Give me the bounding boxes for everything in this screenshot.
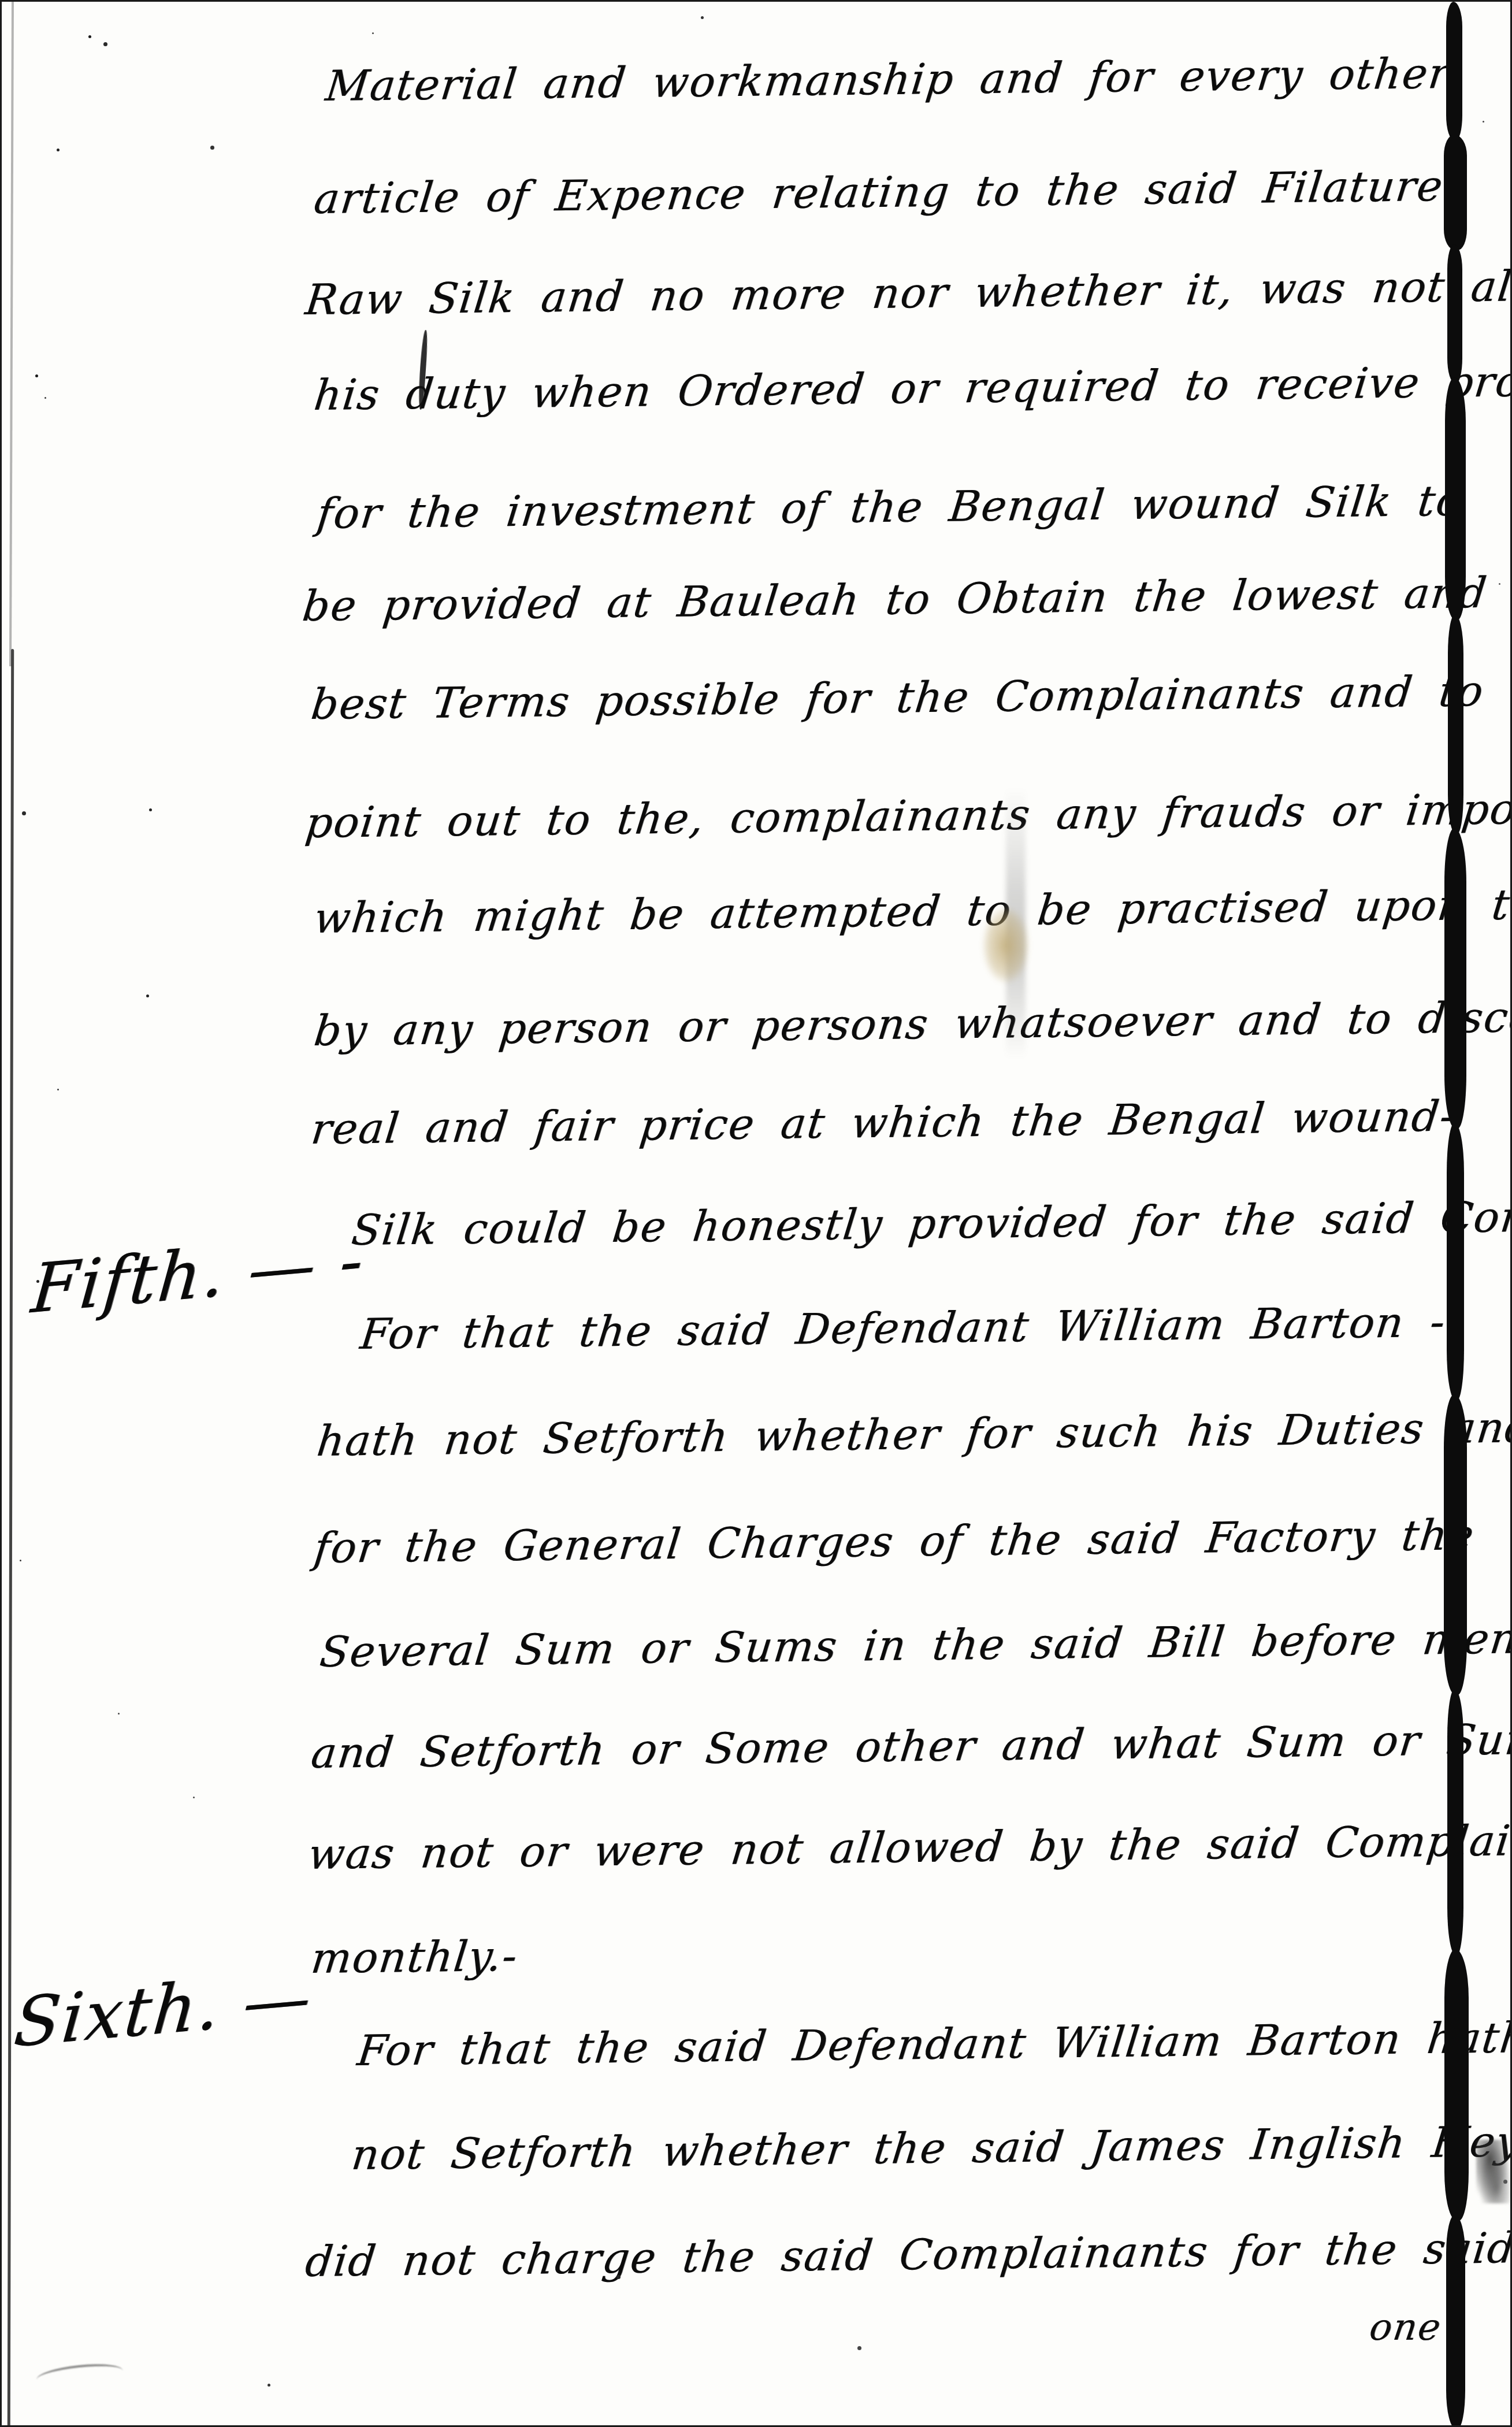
text-line: his duty when Ordered or required to rec… xyxy=(312,359,1512,417)
tan-ink-stain xyxy=(983,908,1029,983)
page-left-edge-line xyxy=(9,2,14,666)
text-line: For that the said Defendant William Bart… xyxy=(358,1301,1448,1356)
text-line: hath not Setforth whether for such his D… xyxy=(315,1407,1512,1463)
text-line: be provided at Bauleah to Obtain the low… xyxy=(300,572,1489,628)
page-left-edge-line xyxy=(8,649,14,2427)
manuscript-page: Material and workmanship and for every o… xyxy=(0,0,1512,2427)
binding-edge-segment xyxy=(1444,1949,1469,2221)
margin-label: Sixth. — xyxy=(11,1958,315,2063)
text-line: did not charge the said Complainants for… xyxy=(303,2227,1512,2283)
right-margin-smudge xyxy=(1476,2140,1510,2203)
text-line: for the General Charges of the said Fact… xyxy=(312,1514,1477,1569)
text-line: was not or were not allowed by the said … xyxy=(306,1819,1512,1876)
text-line: by any person or persons whatsoever and … xyxy=(312,994,1512,1052)
text-line: Material and workmanship and for every o… xyxy=(324,53,1452,107)
margin-label: Fifth. — - xyxy=(28,1221,367,1329)
text-line: article of Expence relating to the said … xyxy=(312,165,1461,221)
binding-edge-segment xyxy=(1447,1123,1464,1400)
text-line: not Setforth whether the said James Ingl… xyxy=(350,2121,1512,2176)
text-line: point out to the, complainants any fraud… xyxy=(303,786,1512,844)
bottom-scratch-mark xyxy=(36,2361,124,2389)
ink-specks xyxy=(2,2,5,5)
text-line: monthly.- xyxy=(309,1935,520,1980)
text-line: Several Sum or Sums in the said Bill bef… xyxy=(318,1616,1512,1673)
text-line: and Setforth or Some other and what Sum … xyxy=(309,1718,1512,1775)
text-line: for the investment of the Bengal wound S… xyxy=(315,480,1465,536)
text-line: Silk could be honestly provided for the … xyxy=(350,1194,1512,1252)
text-line: real and fair price at which the Bengal … xyxy=(309,1096,1458,1151)
text-line: best Terms possible for the Complainants… xyxy=(309,670,1487,726)
catchword: one xyxy=(1367,2306,1444,2349)
binding-edge-segment xyxy=(1444,828,1466,1129)
text-line: For that the said Defendant William Bart… xyxy=(355,2017,1512,2072)
text-line: Raw Silk and no more nor whether it, was… xyxy=(303,265,1512,321)
text-line: which might be attempted to be practised… xyxy=(312,883,1512,940)
